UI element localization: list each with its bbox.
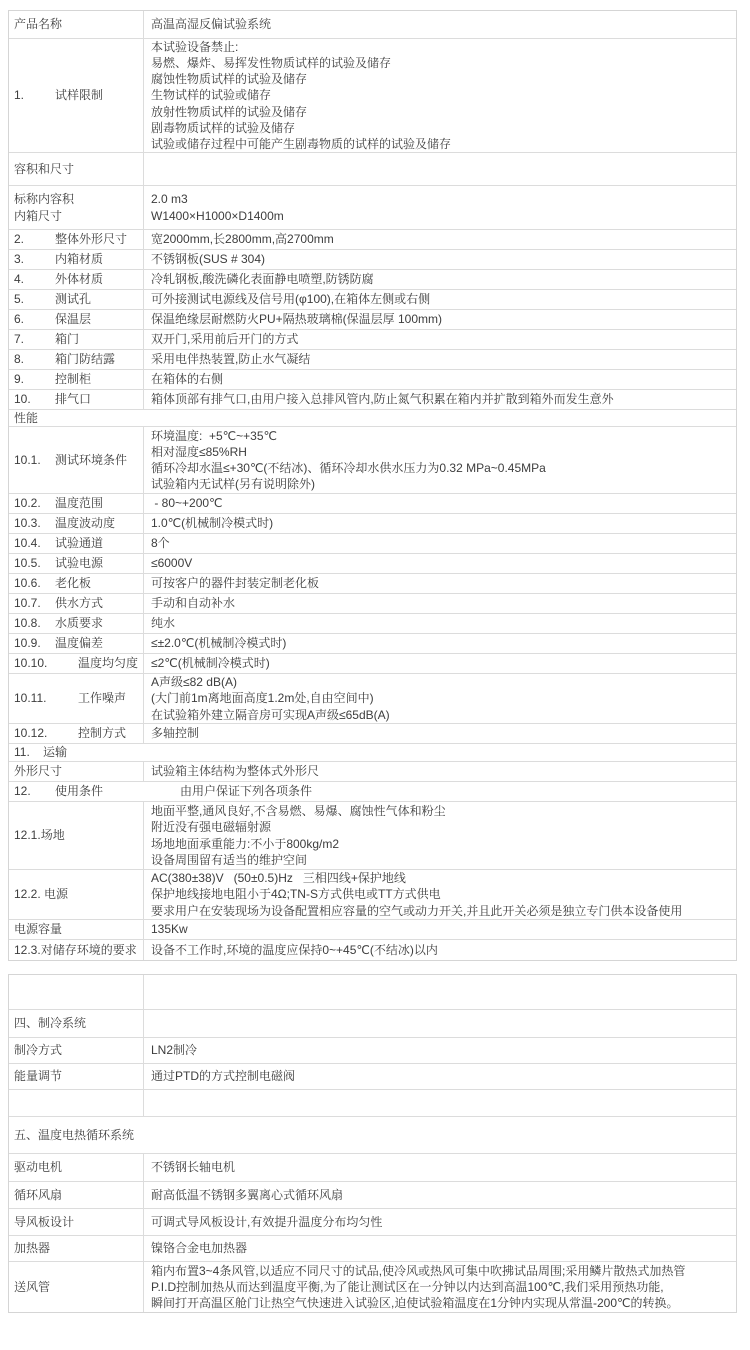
spec-value-cell: 可外接测试电源线及信号用(φ100),在箱体左侧或右侧 bbox=[144, 290, 736, 309]
spec-value: 在箱体的右侧 bbox=[151, 371, 730, 387]
spec-label-cell: 10.9.温度偏差 bbox=[9, 634, 144, 653]
spec-label-line: 10.12.控制方式 bbox=[14, 725, 139, 741]
spec-value: ≤±2.0℃(机械制冷模式时) bbox=[151, 635, 730, 651]
page: 产品名称高温高湿反偏试验系统1.试样限制本试验设备禁止:易燃、爆炸、易挥发性物质… bbox=[0, 10, 750, 1313]
spec-label: 箱门防结露 bbox=[55, 351, 115, 367]
spec-value: 循环冷却水温≤+30℃(不结冰)、循环冷却水供水压力为0.32 MPa~0.45… bbox=[151, 460, 730, 476]
spec-label-cell: 标称内容积内箱尺寸 bbox=[9, 186, 144, 229]
spec-number: 10.11. bbox=[14, 690, 78, 706]
spec-row: 7.箱门双开门,采用前后开门的方式 bbox=[9, 330, 736, 350]
spec-row bbox=[9, 975, 736, 1010]
spec-label-line: 10.5.试验电源 bbox=[14, 555, 139, 571]
spec-value-cell: 保温绝缘层耐燃防火PU+隔热玻璃棉(保温层厚 100mm) bbox=[144, 310, 736, 329]
spec-number: 10.10. bbox=[14, 655, 78, 671]
spec-number: 7. bbox=[14, 331, 55, 347]
spec-label-cell: 9.控制柜 bbox=[9, 370, 144, 389]
spec-value: 箱内布置3~4条风管,以适应不同尺寸的试品,使冷风或热风可集中吹拂试品周围;采用… bbox=[151, 1263, 730, 1279]
spec-value-cell: LN2制冷 bbox=[144, 1038, 736, 1063]
spec-row: 2.整体外形尺寸宽2000mm,长2800mm,高2700mm bbox=[9, 230, 736, 250]
spec-value: 宽2000mm,长2800mm,高2700mm bbox=[151, 231, 730, 247]
spec-value: 可按客户的器件封装定制老化板 bbox=[151, 575, 730, 591]
spec-number: 9. bbox=[14, 371, 55, 387]
spec-value: 相对湿度≤85%RH bbox=[151, 444, 730, 460]
spec-row: 外形尺寸试验箱主体结构为整体式外形尺 bbox=[9, 762, 736, 782]
spec-value: 剧毒物质试样的试验及储存 bbox=[151, 120, 730, 136]
spec-row: 能量调节通过PTD的方式控制电磁阀 bbox=[9, 1064, 736, 1090]
spec-label-cell: 产品名称 bbox=[9, 11, 144, 38]
spec-value: 通过PTD的方式控制电磁阀 bbox=[151, 1068, 730, 1084]
spec-label: 控制方式 bbox=[78, 725, 126, 741]
spec-label: 产品名称 bbox=[14, 16, 139, 32]
spec-value: 不锈钢长轴电机 bbox=[151, 1159, 730, 1175]
spec-value-cell: 高温高湿反偏试验系统 bbox=[144, 11, 736, 38]
spec-row: 10.12.控制方式多轴控制 bbox=[9, 724, 736, 744]
spec-label: 温度偏差 bbox=[55, 635, 103, 651]
spec-row bbox=[9, 1090, 736, 1117]
spec-number: 5. bbox=[14, 291, 55, 307]
spec-value-cell: A声级≤82 dB(A)(大门前1m离地面高度1.2m处,自由空间中)在试验箱外… bbox=[144, 674, 736, 723]
spec-number: 10.3. bbox=[14, 515, 55, 531]
spec-label: 驱动电机 bbox=[14, 1159, 139, 1175]
spec-label-cell: 循环风扇 bbox=[9, 1182, 144, 1208]
spec-row: 10.9.温度偏差≤±2.0℃(机械制冷模式时) bbox=[9, 634, 736, 654]
spec-label-cell: 3.内箱材质 bbox=[9, 250, 144, 269]
spec-label-cell: 电源容量 bbox=[9, 920, 144, 939]
spec-label-cell: 10.排气口 bbox=[9, 390, 144, 409]
spec-label: 保温层 bbox=[55, 311, 91, 327]
spec-number: 3. bbox=[14, 251, 55, 267]
spec-number: 10.8. bbox=[14, 615, 55, 631]
section-label: 使用条件 bbox=[55, 783, 103, 799]
spec-row: 10.8.水质要求纯水 bbox=[9, 614, 736, 634]
spec-value-cell: 宽2000mm,长2800mm,高2700mm bbox=[144, 230, 736, 249]
spec-label-cell: 7.箱门 bbox=[9, 330, 144, 349]
spec-label-line: 10.8.水质要求 bbox=[14, 615, 139, 631]
spec-label: 整体外形尺寸 bbox=[55, 231, 127, 247]
section-label: 性能 bbox=[14, 410, 38, 426]
spec-value: W1400×H1000×D1400m bbox=[151, 208, 730, 224]
spec-label-line: 6.保温层 bbox=[14, 311, 139, 327]
spec-value: - 80~+200℃ bbox=[151, 495, 730, 511]
spec-label: 12.1.场地 bbox=[14, 827, 139, 843]
spec-value-cell bbox=[144, 153, 736, 185]
spec-value: 本试验设备禁止: bbox=[151, 39, 730, 55]
spec-label: 能量调节 bbox=[14, 1068, 139, 1084]
spec-label: 标称内容积 bbox=[14, 191, 139, 207]
spec-row: 10.7.供水方式手动和自动补水 bbox=[9, 594, 736, 614]
section-cell: 性能 bbox=[9, 410, 736, 426]
spec-value: AC(380±38)V (50±0.5)Hz 三相四线+保护地线 bbox=[151, 870, 730, 886]
spec-number: 1. bbox=[14, 87, 55, 103]
spec-value-cell: 多轴控制 bbox=[144, 724, 736, 743]
section-label: 运输 bbox=[43, 744, 67, 760]
spec-row: 10.5.试验电源≤6000V bbox=[9, 554, 736, 574]
spec-label: 内箱材质 bbox=[55, 251, 103, 267]
spec-label-line: 10.7.供水方式 bbox=[14, 595, 139, 611]
spec-value: 要求用户在安装现场为设备配置相应容量的空气或动力开关,并且此开关必须是独立专门供… bbox=[151, 903, 730, 919]
spec-row: 9.控制柜在箱体的右侧 bbox=[9, 370, 736, 390]
spec-value-cell: 耐高低温不锈钢多翼离心式循环风扇 bbox=[144, 1182, 736, 1208]
spec-number: 10.6. bbox=[14, 575, 55, 591]
spec-label-line: 2.整体外形尺寸 bbox=[14, 231, 139, 247]
spec-value: 易燃、爆炸、易挥发性物质试样的试验及储存 bbox=[151, 55, 730, 71]
spec-number: 10.4. bbox=[14, 535, 55, 551]
spec-value: 135Kw bbox=[151, 921, 730, 937]
section-tail: 由用户保证下列各项条件 bbox=[180, 783, 312, 799]
spec-label-line: 8.箱门防结露 bbox=[14, 351, 139, 367]
spec-value: ≤2℃(机械制冷模式时) bbox=[151, 655, 730, 671]
spec-value: 1.0℃(机械制冷模式时) bbox=[151, 515, 730, 531]
spec-value-cell: 箱内布置3~4条风管,以适应不同尺寸的试品,使冷风或热风可集中吹拂试品周围;采用… bbox=[144, 1262, 736, 1312]
spec-value: P.I.D控制加热从而达到温度平衡,为了能让测试区在一分钟以内达到高温100℃,… bbox=[151, 1279, 730, 1295]
spec-value-cell: 不锈钢长轴电机 bbox=[144, 1154, 736, 1181]
spec-row: 电源容量135Kw bbox=[9, 920, 736, 940]
spec-value-cell: - 80~+200℃ bbox=[144, 494, 736, 513]
spec-row: 8.箱门防结露采用电伴热装置,防止水气凝结 bbox=[9, 350, 736, 370]
spec-label-cell: 5.测试孔 bbox=[9, 290, 144, 309]
spec-label-cell bbox=[9, 975, 144, 1009]
section-cell: 五、温度电热循环系统 bbox=[9, 1117, 736, 1153]
spec-label-cell: 10.11.工作噪声 bbox=[9, 674, 144, 723]
spec-row: 10.排气口箱体顶部有排气口,由用户接入总排风管内,防止氮气积累在箱内并扩散到箱… bbox=[9, 390, 736, 410]
spec-label-cell: 10.8.水质要求 bbox=[9, 614, 144, 633]
section-number: 12. bbox=[14, 783, 55, 799]
spec-value: 试验箱内无试样(另有说明除外) bbox=[151, 476, 730, 492]
spec-number: 10.2. bbox=[14, 495, 55, 511]
spec-row: 10.11.工作噪声A声级≤82 dB(A)(大门前1m离地面高度1.2m处,自… bbox=[9, 674, 736, 724]
spec-value-cell bbox=[144, 1090, 736, 1116]
spec-value-cell: ≤2℃(机械制冷模式时) bbox=[144, 654, 736, 673]
spec-label: 导风板设计 bbox=[14, 1214, 139, 1230]
spec-label-cell: 10.5.试验电源 bbox=[9, 554, 144, 573]
spec-row: 4.外体材质冷轧钢板,酸洗磷化表面静电喷塑,防锈防腐 bbox=[9, 270, 736, 290]
section-row: 五、温度电热循环系统 bbox=[9, 1117, 736, 1154]
spec-number: 8. bbox=[14, 351, 55, 367]
spec-row: 四、制冷系统 bbox=[9, 1010, 736, 1038]
spec-label: 循环风扇 bbox=[14, 1187, 139, 1203]
spec-label: 测试孔 bbox=[55, 291, 91, 307]
spec-label: 温度均匀度 bbox=[78, 655, 138, 671]
spec-value-cell: 地面平整,通风良好,不含易燃、易爆、腐蚀性气体和粉尘附近没有强电磁辐射源场地地面… bbox=[144, 802, 736, 869]
spec-value-cell: 环境温度: +5℃~+35℃相对湿度≤85%RH循环冷却水温≤+30℃(不结冰)… bbox=[144, 427, 736, 493]
spec-value: 附近没有强电磁辐射源 bbox=[151, 819, 730, 835]
spec-row: 3.内箱材质不锈钢板(SUS # 304) bbox=[9, 250, 736, 270]
spec-value-cell: 1.0℃(机械制冷模式时) bbox=[144, 514, 736, 533]
spec-value-cell: 采用电伴热装置,防止水气凝结 bbox=[144, 350, 736, 369]
spec-label-cell: 驱动电机 bbox=[9, 1154, 144, 1181]
spec-value: 耐高低温不锈钢多翼离心式循环风扇 bbox=[151, 1187, 730, 1203]
spec-label-cell: 外形尺寸 bbox=[9, 762, 144, 781]
spec-label-cell: 10.7.供水方式 bbox=[9, 594, 144, 613]
spec-label-cell: 10.2.温度范围 bbox=[9, 494, 144, 513]
spec-value: 纯水 bbox=[151, 615, 730, 631]
spec-value-cell: 在箱体的右侧 bbox=[144, 370, 736, 389]
spec-row: 12.1.场地地面平整,通风良好,不含易燃、易爆、腐蚀性气体和粉尘附近没有强电磁… bbox=[9, 802, 736, 870]
spec-row: 标称内容积内箱尺寸2.0 m3W1400×H1000×D1400m bbox=[9, 186, 736, 230]
spec-number: 10.9. bbox=[14, 635, 55, 651]
spec-value-cell bbox=[144, 975, 736, 1009]
spec-row: 1.试样限制本试验设备禁止:易燃、爆炸、易挥发性物质试样的试验及储存腐蚀性物质试… bbox=[9, 39, 736, 153]
spec-number: 10.12. bbox=[14, 725, 78, 741]
spec-label-line: 10.11.工作噪声 bbox=[14, 690, 139, 706]
spec-label: 外体材质 bbox=[55, 271, 103, 287]
spec-value: 腐蚀性物质试样的试验及储存 bbox=[151, 71, 730, 87]
spec-label-cell: 8.箱门防结露 bbox=[9, 350, 144, 369]
spec-value-cell: ≤±2.0℃(机械制冷模式时) bbox=[144, 634, 736, 653]
spec-value: 瞬间打开高温区舱门让热空气快速进入试验区,迫使试验箱温度在1分钟内实现从常温-2… bbox=[151, 1295, 730, 1311]
spec-row: 驱动电机不锈钢长轴电机 bbox=[9, 1154, 736, 1182]
spec-row: 12.2. 电源AC(380±38)V (50±0.5)Hz 三相四线+保护地线… bbox=[9, 870, 736, 920]
spec-value-cell: 2.0 m3W1400×H1000×D1400m bbox=[144, 186, 736, 229]
spec-label-cell: 送风管 bbox=[9, 1262, 144, 1312]
spec-value: 8个 bbox=[151, 535, 730, 551]
spec-row: 10.1.测试环境条件环境温度: +5℃~+35℃相对湿度≤85%RH循环冷却水… bbox=[9, 427, 736, 494]
spec-value-cell: 8个 bbox=[144, 534, 736, 553]
spec-value: 可外接测试电源线及信号用(φ100),在箱体左侧或右侧 bbox=[151, 291, 730, 307]
spec-value-cell: 纯水 bbox=[144, 614, 736, 633]
spec-value: 双开门,采用前后开门的方式 bbox=[151, 331, 730, 347]
spec-label: 老化板 bbox=[55, 575, 91, 591]
section-cell: 12.使用条件由用户保证下列各项条件 bbox=[9, 782, 736, 801]
spec-label-cell: 10.10.温度均匀度 bbox=[9, 654, 144, 673]
spec-row: 10.2.温度范围 - 80~+200℃ bbox=[9, 494, 736, 514]
spec-label-cell: 10.3.温度波动度 bbox=[9, 514, 144, 533]
spec-row: 10.10.温度均匀度≤2℃(机械制冷模式时) bbox=[9, 654, 736, 674]
spec-value-cell: 本试验设备禁止:易燃、爆炸、易挥发性物质试样的试验及储存腐蚀性物质试样的试验及储… bbox=[144, 39, 736, 152]
spec-label: 制冷方式 bbox=[14, 1042, 139, 1058]
spec-value-cell: 不锈钢板(SUS # 304) bbox=[144, 250, 736, 269]
spec-label: 加热器 bbox=[14, 1240, 139, 1256]
spec-label-line: 1.试样限制 bbox=[14, 87, 139, 103]
spec-label-cell: 10.12.控制方式 bbox=[9, 724, 144, 743]
spec-label-line: 10.6.老化板 bbox=[14, 575, 139, 591]
spec-value: 不锈钢板(SUS # 304) bbox=[151, 251, 730, 267]
spec-row: 6.保温层保温绝缘层耐燃防火PU+隔热玻璃棉(保温层厚 100mm) bbox=[9, 310, 736, 330]
spec-row: 容积和尺寸 bbox=[9, 153, 736, 186]
spec-label-cell bbox=[9, 1090, 144, 1116]
spec-label-line: 7.箱门 bbox=[14, 331, 139, 347]
spec-label-line: 10.9.温度偏差 bbox=[14, 635, 139, 651]
spec-label: 测试环境条件 bbox=[55, 452, 127, 468]
spec-label-line: 4.外体材质 bbox=[14, 271, 139, 287]
spec-value: 箱体顶部有排气口,由用户接入总排风管内,防止氮气积累在箱内并扩散到箱外而发生意外 bbox=[151, 391, 730, 407]
spec-value: 设备周围留有适当的维护空间 bbox=[151, 852, 730, 868]
spec-label: 箱门 bbox=[55, 331, 79, 347]
spec-label-cell: 10.1.测试环境条件 bbox=[9, 427, 144, 493]
spec-value: 设备不工作时,环境的温度应保持0~+45℃(不结冰)以内 bbox=[151, 942, 730, 958]
spec-label: 水质要求 bbox=[55, 615, 103, 631]
spec-label-cell: 1.试样限制 bbox=[9, 39, 144, 152]
spec-value: 环境温度: +5℃~+35℃ bbox=[151, 428, 730, 444]
spec-row: 10.3.温度波动度1.0℃(机械制冷模式时) bbox=[9, 514, 736, 534]
system-table: 四、制冷系统制冷方式LN2制冷能量调节通过PTD的方式控制电磁阀五、温度电热循环… bbox=[8, 974, 737, 1313]
spec-label-cell: 12.2. 电源 bbox=[9, 870, 144, 919]
section-row: 11.运输 bbox=[9, 744, 736, 762]
spec-row: 送风管箱内布置3~4条风管,以适应不同尺寸的试品,使冷风或热风可集中吹拂试品周围… bbox=[9, 1262, 736, 1312]
spec-value-cell: 镍铬合金电加热器 bbox=[144, 1236, 736, 1261]
spec-label-line: 10.1.测试环境条件 bbox=[14, 452, 139, 468]
spec-value-cell: 135Kw bbox=[144, 920, 736, 939]
spec-value: 冷轧钢板,酸洗磷化表面静电喷塑,防锈防腐 bbox=[151, 271, 730, 287]
spec-value-cell: 可按客户的器件封装定制老化板 bbox=[144, 574, 736, 593]
spec-value-cell: 试验箱主体结构为整体式外形尺 bbox=[144, 762, 736, 781]
spec-label: 四、制冷系统 bbox=[14, 1015, 139, 1031]
spec-row: 12.3.对储存环境的要求设备不工作时,环境的温度应保持0~+45℃(不结冰)以… bbox=[9, 940, 736, 960]
spec-label: 12.3.对储存环境的要求 bbox=[14, 942, 139, 958]
spec-label: 试样限制 bbox=[55, 87, 103, 103]
spec-label-cell: 4.外体材质 bbox=[9, 270, 144, 289]
spec-label-cell: 10.4.试验通道 bbox=[9, 534, 144, 553]
spec-value: 高温高湿反偏试验系统 bbox=[151, 16, 730, 32]
spec-value: 手动和自动补水 bbox=[151, 595, 730, 611]
spec-label: 排气口 bbox=[55, 391, 91, 407]
spec-label-line: 5.测试孔 bbox=[14, 291, 139, 307]
spec-number: 2. bbox=[14, 231, 55, 247]
section-row: 性能 bbox=[9, 410, 736, 427]
spec-value: 保温绝缘层耐燃防火PU+隔热玻璃棉(保温层厚 100mm) bbox=[151, 311, 730, 327]
spec-value: 试验箱主体结构为整体式外形尺 bbox=[151, 763, 730, 779]
spec-value: 采用电伴热装置,防止水气凝结 bbox=[151, 351, 730, 367]
spec-value-cell: 可调式导风板设计,有效提升温度分布均匀性 bbox=[144, 1209, 736, 1235]
spec-label-cell: 导风板设计 bbox=[9, 1209, 144, 1235]
spec-label-cell: 12.1.场地 bbox=[9, 802, 144, 869]
spec-value: 在试验箱外建立隔音房可实现A声级≤65dB(A) bbox=[151, 707, 730, 723]
spec-label: 内箱尺寸 bbox=[14, 208, 139, 224]
spec-number: 4. bbox=[14, 271, 55, 287]
spec-value-cell: 双开门,采用前后开门的方式 bbox=[144, 330, 736, 349]
spec-value-cell: 通过PTD的方式控制电磁阀 bbox=[144, 1064, 736, 1089]
spec-label-line: 10.2.温度范围 bbox=[14, 495, 139, 511]
spec-label-cell: 四、制冷系统 bbox=[9, 1010, 144, 1037]
spec-label: 送风管 bbox=[14, 1279, 139, 1295]
section-cell: 11.运输 bbox=[9, 744, 736, 761]
spec-value: 地面平整,通风良好,不含易燃、易爆、腐蚀性气体和粉尘 bbox=[151, 803, 730, 819]
spec-value-cell: 手动和自动补水 bbox=[144, 594, 736, 613]
spec-label: 容积和尺寸 bbox=[14, 161, 139, 177]
spec-label: 试验通道 bbox=[55, 535, 103, 551]
spec-label-line: 3.内箱材质 bbox=[14, 251, 139, 267]
spec-value: (大门前1m离地面高度1.2m处,自由空间中) bbox=[151, 690, 730, 706]
spec-value: 生物试样的试验或储存 bbox=[151, 87, 730, 103]
spec-label-line: 10.4.试验通道 bbox=[14, 535, 139, 551]
spec-value-cell bbox=[144, 1010, 736, 1037]
spec-table: 产品名称高温高湿反偏试验系统1.试样限制本试验设备禁止:易燃、爆炸、易挥发性物质… bbox=[8, 10, 737, 961]
spec-label-line: 9.控制柜 bbox=[14, 371, 139, 387]
spec-row: 制冷方式LN2制冷 bbox=[9, 1038, 736, 1064]
spec-value: 镍铬合金电加热器 bbox=[151, 1240, 730, 1256]
spec-label-cell: 12.3.对储存环境的要求 bbox=[9, 940, 144, 960]
spec-label: 供水方式 bbox=[55, 595, 103, 611]
spec-number: 10.7. bbox=[14, 595, 55, 611]
spec-label-line: 10.10.温度均匀度 bbox=[14, 655, 139, 671]
spec-value: ≤6000V bbox=[151, 555, 730, 571]
spec-number: 6. bbox=[14, 311, 55, 327]
spec-value-cell: 冷轧钢板,酸洗磷化表面静电喷塑,防锈防腐 bbox=[144, 270, 736, 289]
spec-value: 可调式导风板设计,有效提升温度分布均匀性 bbox=[151, 1214, 730, 1230]
spec-row: 导风板设计可调式导风板设计,有效提升温度分布均匀性 bbox=[9, 1209, 736, 1236]
spec-row: 10.4.试验通道8个 bbox=[9, 534, 736, 554]
spec-label-line: 10.3.温度波动度 bbox=[14, 515, 139, 531]
spec-row: 加热器镍铬合金电加热器 bbox=[9, 1236, 736, 1262]
section-label: 五、温度电热循环系统 bbox=[14, 1127, 134, 1143]
spec-label-line: 10.排气口 bbox=[14, 391, 139, 407]
spec-label: 温度波动度 bbox=[55, 515, 115, 531]
spec-number: 10. bbox=[14, 391, 55, 407]
spec-label-cell: 2.整体外形尺寸 bbox=[9, 230, 144, 249]
spec-value: 场地地面承重能力:不小于800kg/m2 bbox=[151, 836, 730, 852]
spec-value: 保护地线接地电阻小于4Ω;TN-S方式供电或TT方式供电 bbox=[151, 886, 730, 902]
spec-label-cell: 6.保温层 bbox=[9, 310, 144, 329]
spec-value: A声级≤82 dB(A) bbox=[151, 674, 730, 690]
spec-label-cell: 加热器 bbox=[9, 1236, 144, 1261]
spec-value: LN2制冷 bbox=[151, 1042, 730, 1058]
spec-label-cell: 制冷方式 bbox=[9, 1038, 144, 1063]
spec-row: 10.6.老化板可按客户的器件封装定制老化板 bbox=[9, 574, 736, 594]
spec-value-cell: 设备不工作时,环境的温度应保持0~+45℃(不结冰)以内 bbox=[144, 940, 736, 960]
spec-value: 试验或储存过程中可能产生剧毒物质的试样的试验及储存 bbox=[151, 136, 730, 152]
spec-label: 工作噪声 bbox=[78, 690, 126, 706]
spec-label: 控制柜 bbox=[55, 371, 91, 387]
spec-value-cell: 箱体顶部有排气口,由用户接入总排风管内,防止氮气积累在箱内并扩散到箱外而发生意外 bbox=[144, 390, 736, 409]
spec-row: 循环风扇耐高低温不锈钢多翼离心式循环风扇 bbox=[9, 1182, 736, 1209]
spec-label: 温度范围 bbox=[55, 495, 103, 511]
spec-label-cell: 能量调节 bbox=[9, 1064, 144, 1089]
section-number: 11. bbox=[14, 744, 43, 760]
section-row: 12.使用条件由用户保证下列各项条件 bbox=[9, 782, 736, 802]
spec-value: 多轴控制 bbox=[151, 725, 730, 741]
spec-label: 电源容量 bbox=[14, 921, 139, 937]
spec-number: 10.5. bbox=[14, 555, 55, 571]
spec-label: 外形尺寸 bbox=[14, 763, 139, 779]
spec-row: 5.测试孔可外接测试电源线及信号用(φ100),在箱体左侧或右侧 bbox=[9, 290, 736, 310]
spec-value-cell: AC(380±38)V (50±0.5)Hz 三相四线+保护地线保护地线接地电阻… bbox=[144, 870, 736, 919]
spec-number: 10.1. bbox=[14, 452, 55, 468]
spec-value: 放射性物质试样的试验及储存 bbox=[151, 104, 730, 120]
spec-value-cell: ≤6000V bbox=[144, 554, 736, 573]
spec-value: 2.0 m3 bbox=[151, 191, 730, 207]
spec-row: 产品名称高温高湿反偏试验系统 bbox=[9, 11, 736, 39]
spec-label-cell: 容积和尺寸 bbox=[9, 153, 144, 185]
spec-label: 试验电源 bbox=[55, 555, 103, 571]
spec-label-cell: 10.6.老化板 bbox=[9, 574, 144, 593]
spec-label: 12.2. 电源 bbox=[14, 886, 139, 902]
